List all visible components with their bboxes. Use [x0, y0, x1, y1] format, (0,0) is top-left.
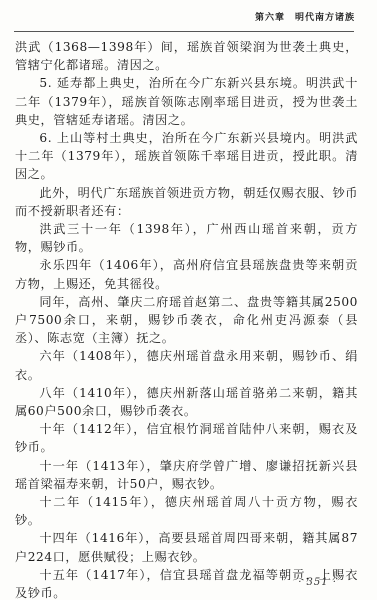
paragraph: 同年，高州、肇庆二府瑶首赵第二、盘贵等籍其属2500户7500余口，来朝，赐钞币… — [15, 293, 358, 348]
chapter-title: 明代南方诸族 — [295, 13, 355, 23]
header-rule — [14, 31, 354, 32]
body-text: 洪武（1368—1398年）间，瑶族首领梁润为世袭土典史，管辖宁化都诸瑶。清因之… — [15, 38, 358, 600]
paragraph: 永乐四年（1406年），高州府信宜县瑶族盘贵等来朝贡方物，上赐还，免其徭役。 — [15, 256, 358, 292]
paragraph: 此外，明代广东瑶族首领进贡方物，朝廷仅赐衣服、钞币而不授新职者还有： — [15, 184, 358, 220]
paragraph: 洪武三十一年（1398年），广州西山瑶首来朝，贡方物，赐钞币。 — [15, 220, 358, 256]
page-number: · 351 · — [298, 577, 337, 588]
paragraph: 十年（1412年），信宜根竹洞瑶首陆仲八来朝，赐衣及钞币。 — [15, 420, 358, 456]
paragraph: 十二年（1415年），德庆州瑶首周八十贡方物，赐衣钞。 — [15, 493, 358, 529]
running-header: 第六章明代南方诸族 — [255, 10, 355, 23]
chapter-label: 第六章 — [255, 13, 285, 23]
paragraph: 八年（1410年），德庆州新落山瑶首骆弟二来朝，籍其属60户500余口，赐钞币袭… — [15, 384, 358, 420]
paragraph: 十四年（1416年），高要县瑶首周四哥来朝，籍其属87户224口，愿供赋役；上赐… — [15, 529, 358, 565]
paragraph: 5. 延寿都上典史，治所在今广东新兴县东境。明洪武十二年（1379年），瑶族首领… — [15, 74, 358, 129]
paragraph: 6. 上山等村土典史，治所在今广东新兴县境内。明洪武十二年（1379年），瑶族首… — [15, 129, 358, 184]
paragraph: 洪武（1368—1398年）间，瑶族首领梁润为世袭土典史，管辖宁化都诸瑶。清因之… — [15, 38, 358, 74]
paragraph: 十一年（1413年），肇庆府学曾广增、廖谦招抚新兴县瑶首梁福寿来朝，计50户，赐… — [15, 457, 358, 493]
paragraph: 六年（1408年），德庆州瑶首盘永用来朝，赐钞币、绢衣。 — [15, 347, 358, 383]
